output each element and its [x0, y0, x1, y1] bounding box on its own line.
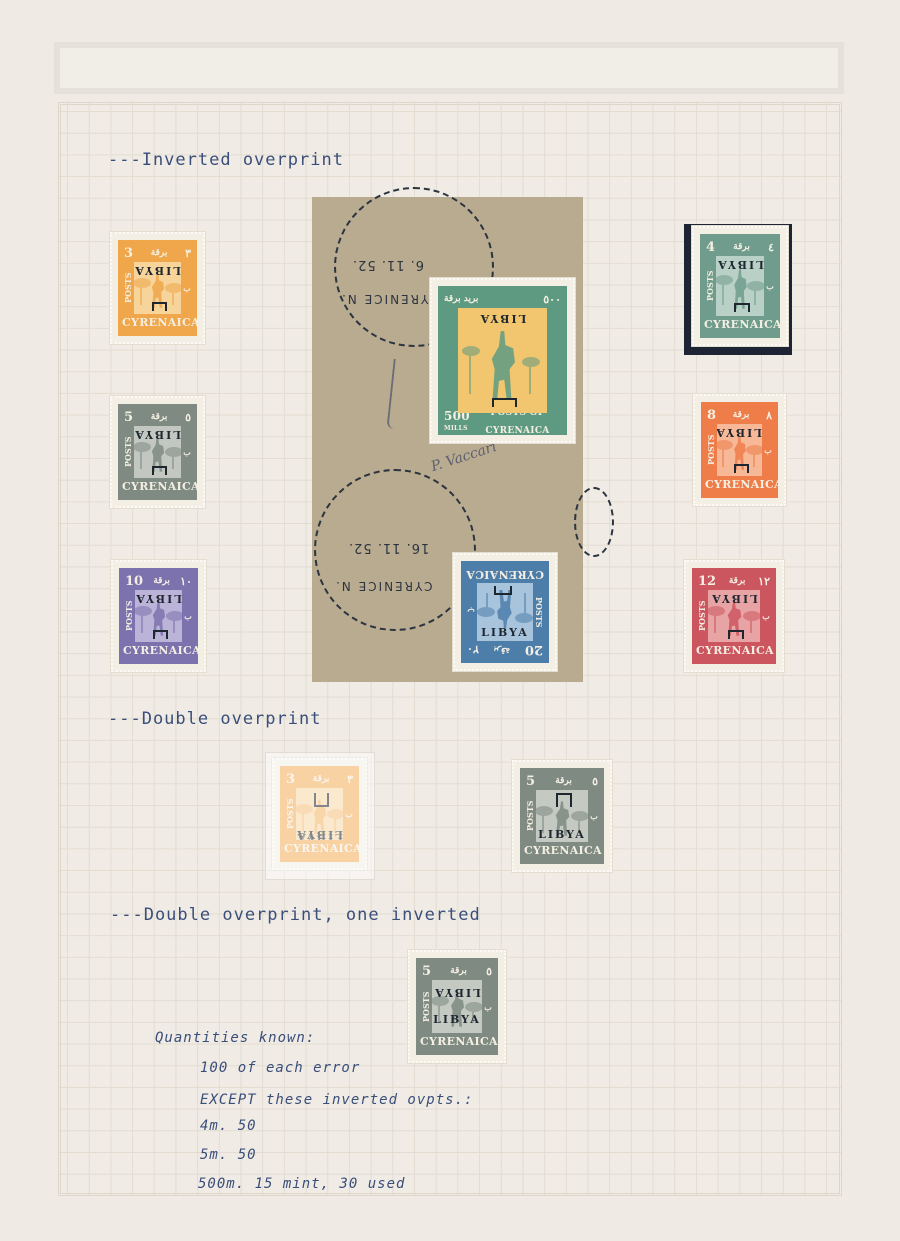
palm-tree-icon — [750, 617, 760, 633]
heading-inverted-overprint: ---Inverted overprint — [108, 150, 344, 170]
stamp-10m-inverted: 10 برقة ١٠ LIBYA POSTS ب CYRENAICA — [111, 560, 206, 672]
notes-line: EXCEPT these inverted ovpts.: — [200, 1092, 473, 1108]
stamp-value: 5 — [422, 964, 431, 979]
stamp-8m-inverted: 8 برقة ٨ LIBYA POSTS ب CYRENAICA — [693, 394, 786, 506]
stamp-value: 8 — [707, 408, 716, 423]
expert-signature: P. Vaccari — [429, 439, 498, 475]
stamp-country: CYRENAICA — [704, 316, 776, 334]
stamp-country: CYRENAICA — [123, 642, 194, 660]
arabic-side-label: ب — [760, 592, 772, 640]
arabic-side-label: ب — [465, 585, 477, 639]
postmark-date: 6. 11. 52. — [352, 257, 424, 272]
arabic-side-label: ب — [482, 982, 494, 1031]
stamp-side-label: POSTS — [420, 982, 432, 1031]
arabic-value: ٣ — [185, 247, 191, 260]
stamp-value: 12 — [698, 574, 716, 589]
arabic-text: برقة — [733, 410, 750, 420]
stamp-country: CYRENAICA — [524, 842, 600, 860]
arabic-text: برقة — [151, 412, 168, 422]
notes-line: 100 of each error — [200, 1060, 360, 1076]
stamp-value: 4 — [706, 240, 715, 255]
stamp-country: CYRENAICA — [122, 478, 193, 496]
overprint-arabic — [556, 793, 572, 807]
arabic-text: برقة — [729, 576, 746, 586]
stamp-unit: MILLS — [444, 425, 468, 432]
camel-rider-vignette — [485, 331, 521, 400]
overprint-arabic-inverted — [728, 630, 744, 639]
palm-tree-icon — [477, 593, 488, 610]
arabic-text: برقة — [494, 645, 511, 655]
notes-line: 4m. 50 — [200, 1118, 257, 1134]
stamp-value: 5 — [124, 410, 133, 425]
stamp-side-label: POSTS — [524, 792, 536, 840]
stamp-country: CYRENAICA — [696, 642, 772, 660]
overprint-inverted: LIBYA — [432, 986, 482, 999]
arabic-text: برقة — [555, 776, 572, 786]
album-header-band — [54, 42, 844, 94]
heading-double-one-inverted: ---Double overprint, one inverted — [110, 905, 481, 925]
overprint-inverted: LIBYA — [717, 426, 762, 439]
stamp-value: 10 — [125, 574, 143, 589]
postmark-town: CYRENICE N. — [340, 292, 439, 306]
arabic-side-label: ب — [181, 264, 193, 312]
stamp-20m-inverted-used: 20 برقة ٢٠ LIBYA POSTS ب CYRENAICA — [453, 553, 557, 671]
stamp-5m-double: 5 برقة ٥ LIBYA POSTS ب CYRENAICA — [512, 760, 612, 872]
stamp-value: 5 — [526, 774, 535, 789]
notes-title: Quantities known: — [155, 1030, 315, 1046]
stamp-side-label: POSTS — [704, 258, 716, 314]
stamp-3m-inverted: 3 برقة ٣ LIBYA POSTS ب CYRENAICA — [110, 232, 205, 344]
arabic-text: برقة — [733, 242, 750, 252]
arabic-value: ١٠ — [180, 575, 192, 588]
stamp-4m-inverted: 4 برقة ٤ LIBYA POSTS ب CYRENAICA — [692, 226, 788, 346]
overprint-inverted: LIBYA — [458, 312, 547, 325]
notes-line: 500m. 15 mint, 30 used — [198, 1176, 405, 1192]
arabic-side-label: ب — [588, 792, 600, 840]
stamp-side-label: POSTS — [122, 264, 134, 312]
overprint-arabic-inverted — [734, 303, 750, 312]
arabic-side-label: ب — [762, 426, 774, 474]
arabic-value: ٨ — [766, 409, 772, 422]
overprint-arabic-inverted — [153, 630, 168, 639]
overprint-inverted: LIBYA — [477, 626, 533, 639]
arabic-value: ١٢ — [758, 575, 770, 588]
stamp-side-label: POSTS — [533, 585, 545, 639]
clear-mount — [265, 752, 375, 880]
postmark-partial — [574, 487, 614, 557]
arabic-value: ٥٠٠ — [543, 293, 561, 306]
palm-tree-icon — [722, 281, 742, 305]
stamp-side-label: POSTS — [123, 592, 135, 640]
heading-double-overprint: ---Double overprint — [108, 709, 321, 729]
stamp-value: 3 — [124, 246, 133, 261]
stamp-country: CYRENAICA — [705, 476, 774, 494]
stamp-5m-double-one-inverted: 5 برقة ٥ LIBYA LIBYA POSTS ب CYRENAICA — [408, 950, 506, 1063]
arabic-value: ٢٠ — [467, 644, 479, 657]
stamp-side-label: POSTS — [122, 428, 134, 476]
palm-tree-icon — [172, 453, 181, 469]
overprint-inverted: LIBYA — [134, 428, 181, 441]
stamp-country: CYRENAICA — [465, 565, 545, 583]
stamp-500m-inverted-used: بريد برقة٥٠٠ LIBYA 500 MILLS POSTS OF CY… — [430, 278, 575, 443]
overprint-arabic-inverted — [152, 466, 167, 475]
palm-tree-icon — [172, 289, 181, 305]
arabic-side-label: ب — [764, 258, 776, 314]
overprint-inverted: LIBYA — [134, 264, 181, 277]
palm-tree-icon — [754, 287, 764, 305]
pencil-mark — [386, 359, 407, 429]
arabic-side-label: ب — [181, 428, 193, 476]
arabic-text: برقة — [153, 576, 170, 586]
overprint-arabic-inverted — [492, 398, 517, 407]
overprint-arabic-inverted — [494, 586, 511, 595]
palm-tree-icon — [506, 593, 526, 616]
notes-line: 5m. 50 — [200, 1147, 257, 1163]
overprint-inverted: LIBYA — [716, 258, 764, 271]
overprint-inverted: LIBYA — [708, 592, 760, 605]
arabic-value: ٥ — [592, 775, 598, 788]
arabic-value: ٥ — [185, 411, 191, 424]
postmark-date: 16. 11. 52. — [348, 540, 429, 555]
palm-tree-icon — [529, 363, 547, 395]
arabic-side-label: ب — [182, 592, 194, 640]
stamp-country: CYRENAICA — [122, 314, 193, 332]
arabic-text: برقة — [450, 966, 467, 976]
arabic-value: ٤ — [768, 241, 774, 254]
overprint-upright: LIBYA — [432, 1013, 482, 1026]
overprint-inverted: LIBYA — [135, 592, 182, 605]
arabic-text: بريد برقة — [444, 294, 478, 304]
arabic-text: برقة — [151, 248, 168, 258]
palm-tree-icon — [753, 451, 762, 467]
stamp-side-label: POSTS — [696, 592, 708, 640]
arabic-value: ٥ — [486, 965, 492, 978]
palm-tree-icon — [173, 617, 182, 633]
overprint-libya: LIBYA — [536, 828, 588, 841]
stamp-5m-inverted: 5 برقة ٥ LIBYA POSTS ب CYRENAICA — [110, 396, 205, 508]
stamp-value: 20 — [525, 643, 543, 658]
palm-tree-icon — [469, 352, 489, 394]
overprint-arabic-inverted — [152, 302, 167, 311]
stamp-country: CYRENAICA — [420, 1033, 494, 1051]
postmark-town: CYRENICE N. — [334, 579, 433, 593]
stamp-side-label: POSTS — [705, 426, 717, 474]
overprint-arabic-inverted — [734, 464, 749, 473]
stamp-12m-inverted: 12 برقة ١٢ LIBYA POSTS ب CYRENAICA — [684, 560, 784, 672]
